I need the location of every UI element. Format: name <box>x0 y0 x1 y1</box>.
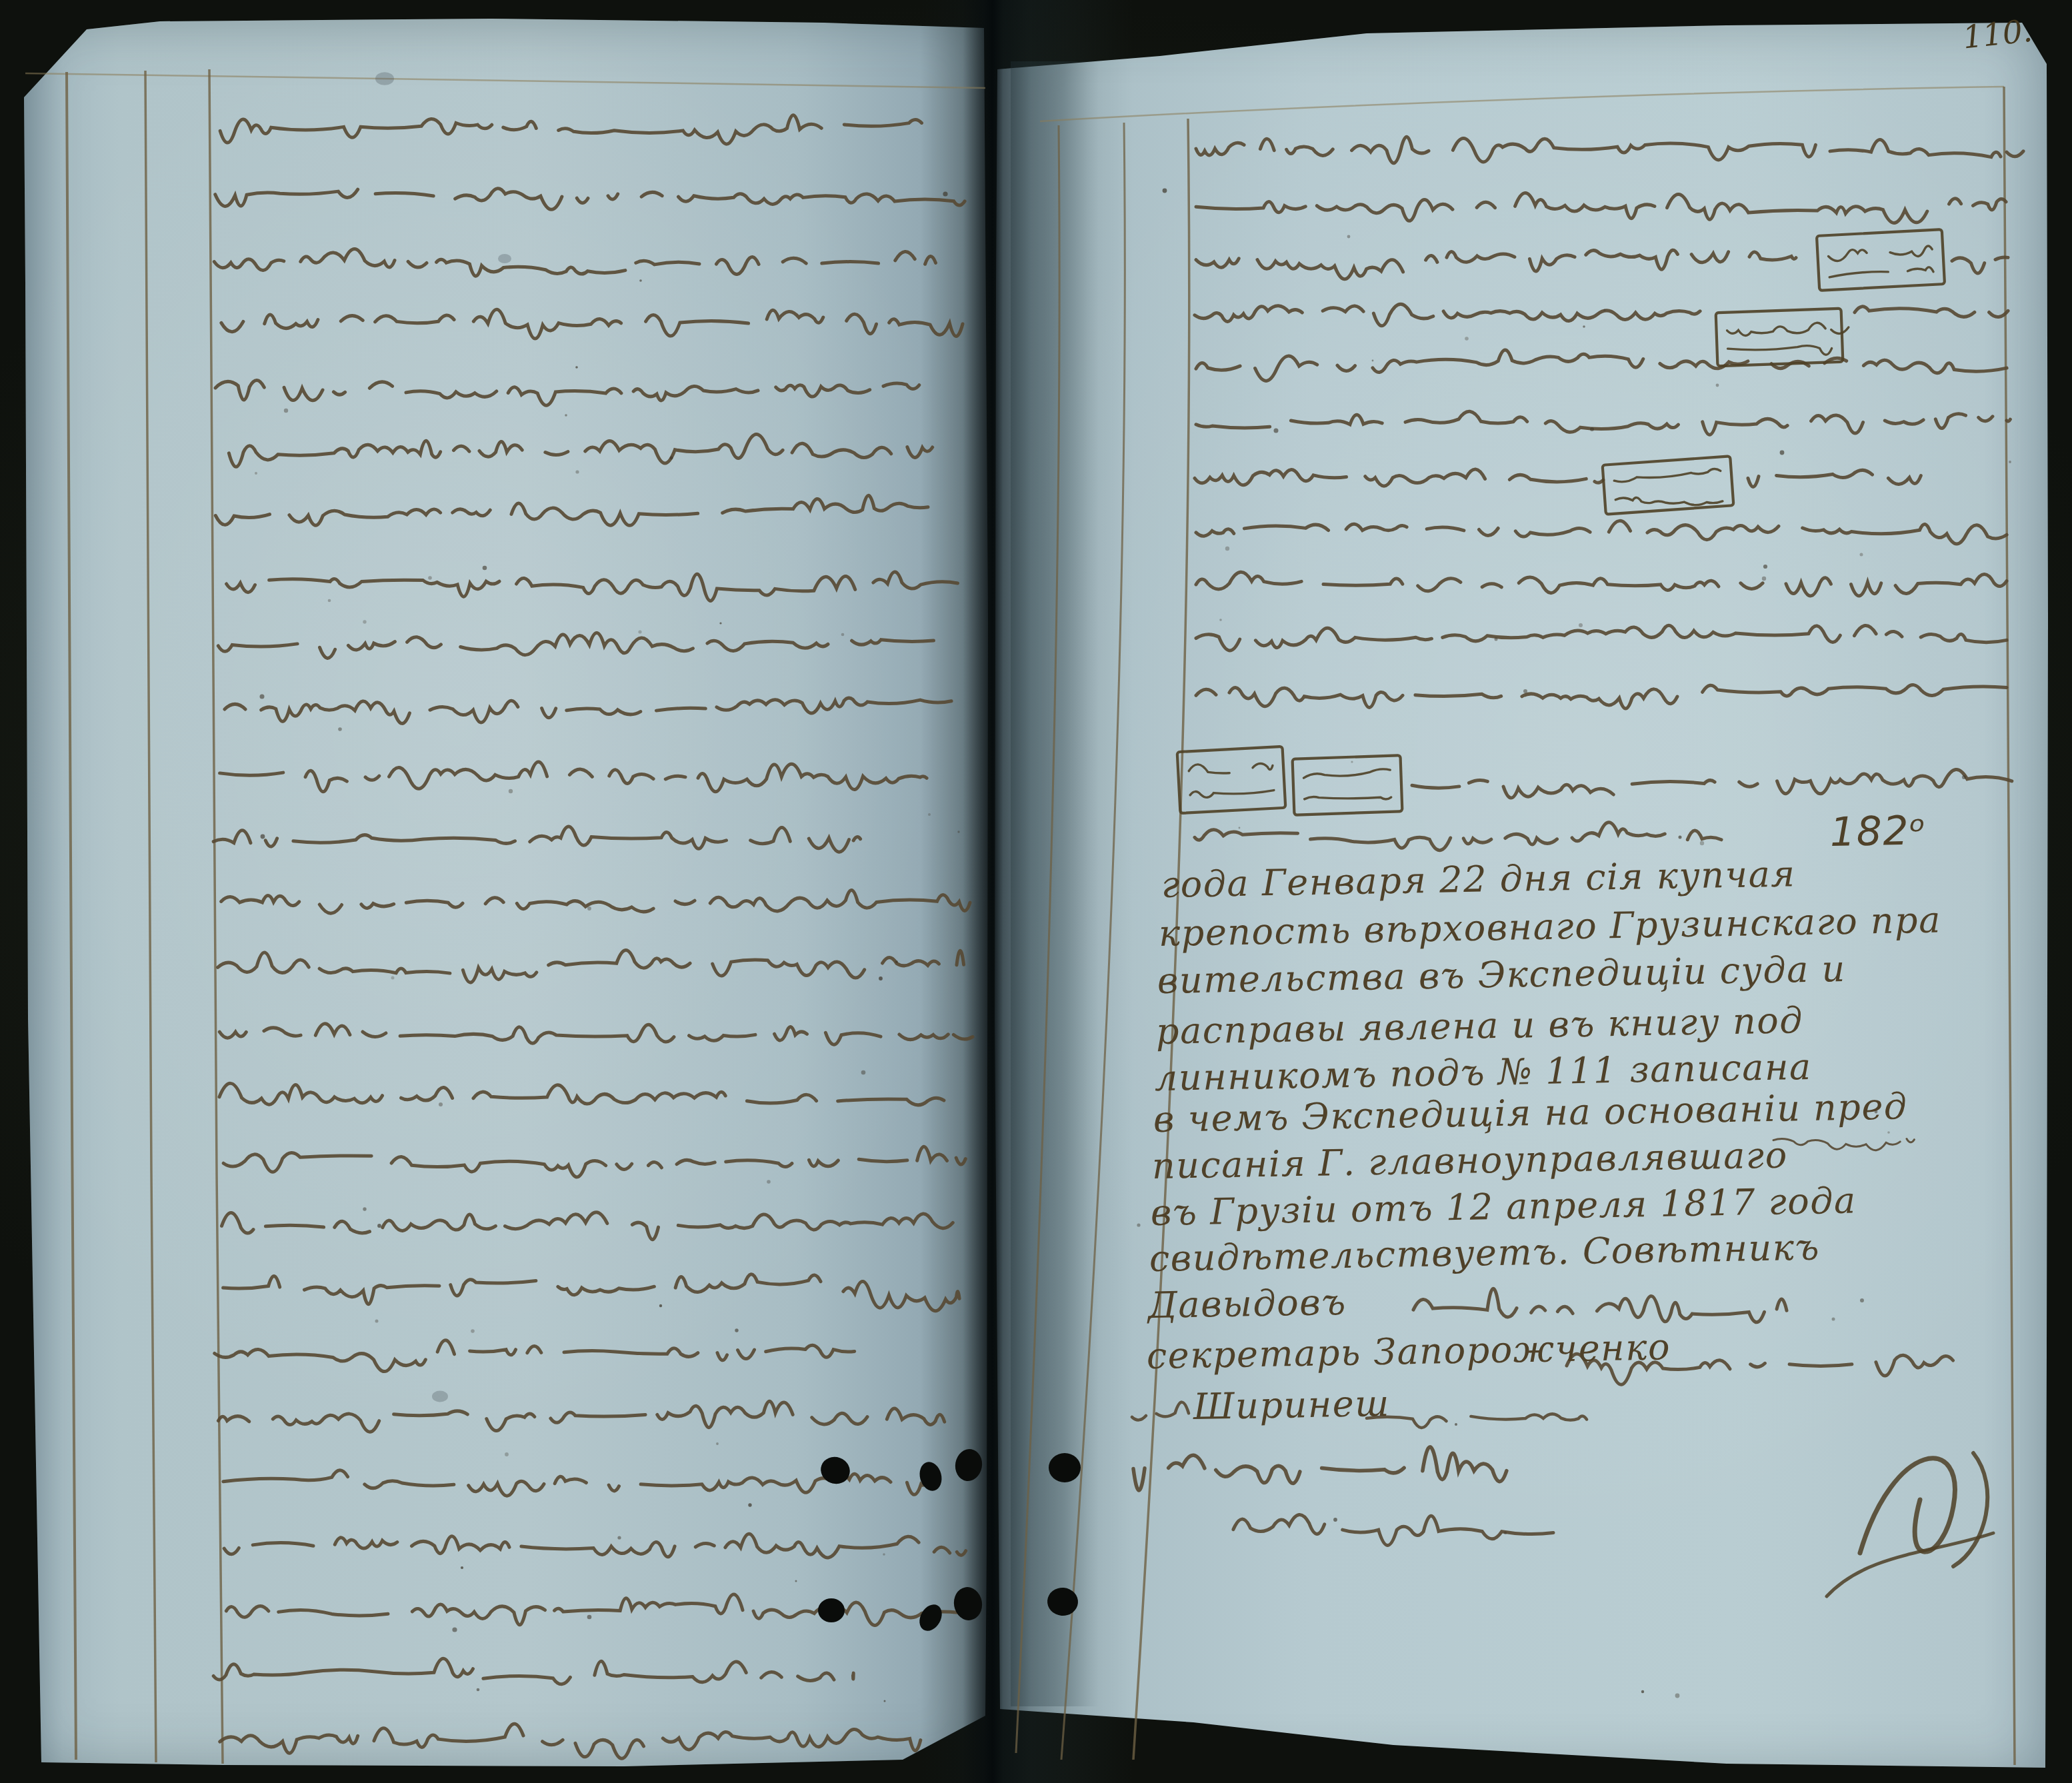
interlinear-insertion <box>1773 1139 1914 1150</box>
georgian-text-line <box>1196 350 2007 381</box>
seal-stamp <box>1293 755 1403 815</box>
georgian-text-line <box>215 381 919 406</box>
seal-stamp-text-line <box>1303 769 1390 778</box>
margin-rule <box>1016 125 1059 1753</box>
paper-stain <box>375 72 394 85</box>
seal-stamp-text-line <box>1728 345 1832 358</box>
georgian-text-line <box>221 890 970 913</box>
paper-speckle <box>879 976 883 980</box>
paper-speckle <box>338 727 342 731</box>
paper-speckle <box>328 599 331 603</box>
georgian-text-line <box>1196 625 2007 651</box>
paper-speckle <box>638 630 641 633</box>
georgian-text-line <box>1195 304 1700 326</box>
paper-speckle <box>670 457 673 460</box>
paper-speckle <box>841 633 845 637</box>
paper-speckle <box>1716 384 1719 387</box>
paper-speckle <box>505 1452 509 1456</box>
seal-stamp <box>1603 456 1734 514</box>
paper-speckle <box>617 1536 621 1539</box>
paper-speckle <box>587 906 591 910</box>
georgian-text-line <box>223 1146 965 1177</box>
paper-speckle <box>428 576 432 580</box>
georgian-text-line <box>219 1024 973 1044</box>
binding-hole <box>953 1447 985 1483</box>
seal-stamp <box>1177 747 1286 813</box>
paper-speckle <box>260 695 265 699</box>
georgian-text-line <box>220 115 921 144</box>
paper-speckle <box>1465 337 1469 341</box>
paper-speckle <box>884 1700 886 1702</box>
margin-rule <box>1061 123 1125 1760</box>
paper-speckle <box>719 622 721 624</box>
paper-speckle <box>1274 429 1279 433</box>
paper-speckle <box>1700 841 1704 845</box>
paper-speckle <box>1372 360 1374 362</box>
paper-speckle <box>1641 1690 1644 1693</box>
paper-speckle <box>255 472 257 475</box>
georgian-text-line <box>229 434 932 467</box>
paper-speckle <box>716 1442 719 1445</box>
seal-stamp-border <box>1603 456 1734 514</box>
paper-speckle <box>1504 1532 1507 1534</box>
paper-speckle <box>377 1224 381 1228</box>
paper-speckle <box>284 409 288 413</box>
paper-speckle <box>1832 1318 1835 1321</box>
paper-speckle <box>391 976 395 980</box>
georgian-text-line <box>1196 193 2006 223</box>
paper-stain <box>498 254 511 263</box>
binding-hole <box>951 1585 985 1623</box>
paper-speckle <box>895 960 898 963</box>
georgian-text-line <box>223 1274 960 1311</box>
signature-paraph <box>1860 1458 1955 1553</box>
paper-speckle <box>1583 325 1585 328</box>
paper-speckle <box>452 1627 457 1632</box>
georgian-text-line <box>225 698 951 723</box>
seal-stamp <box>1716 308 1850 366</box>
paper-speckle <box>1523 689 1527 693</box>
georgian-text-line <box>1748 470 1921 487</box>
binding-hole <box>1049 1453 1081 1482</box>
binding-hole <box>818 1598 845 1622</box>
paper-speckle <box>1590 427 1594 431</box>
paper-speckle <box>477 1688 480 1692</box>
paper-speckle <box>587 1615 592 1620</box>
paper-speckle <box>1333 1518 1337 1522</box>
margin-rule <box>67 72 76 1760</box>
georgian-signature <box>1133 1447 1507 1490</box>
signature-paraph <box>1953 1453 1987 1566</box>
paper-stain <box>432 1391 448 1402</box>
georgian-text-line <box>1196 685 2007 709</box>
signature-flourish <box>1132 1402 1189 1420</box>
paper-speckle <box>1351 761 1353 763</box>
seal-stamp-border <box>1177 747 1286 813</box>
georgian-text-line <box>218 1401 944 1432</box>
georgian-text-line <box>1195 823 1721 851</box>
paper-speckle <box>659 1304 662 1307</box>
seal-stamp-text-line <box>1614 469 1721 483</box>
paper-speckle <box>1603 309 1605 311</box>
paper-speckle <box>509 789 513 793</box>
georgian-text-line <box>218 633 933 658</box>
paper-speckle <box>1347 235 1351 239</box>
paper-speckle <box>1962 775 1966 779</box>
georgian-text-line <box>224 1534 966 1558</box>
seal-stamp <box>1817 229 1945 291</box>
russian-note-line: Давыдовъ <box>1147 1281 1347 1326</box>
folio-number: 110. <box>1961 13 2034 57</box>
georgian-text-line <box>222 1212 953 1240</box>
paper-speckle <box>363 620 366 623</box>
paper-speckle <box>1219 619 1222 621</box>
paper-speckle <box>735 1328 738 1332</box>
georgian-text-line <box>215 189 965 209</box>
georgian-text-line <box>223 1470 927 1496</box>
paper-speckle <box>943 191 947 196</box>
seal-stamp-text-line <box>1727 322 1849 338</box>
georgian-text-line <box>220 1724 921 1758</box>
paper-speckle <box>795 1580 797 1582</box>
georgian-text-line <box>227 572 958 601</box>
georgian-text-line <box>1196 137 2023 163</box>
paper-speckle <box>1225 547 1229 551</box>
seal-stamp-text-line <box>1828 245 1933 261</box>
georgian-text-line <box>1196 250 1796 279</box>
paper-speckle <box>1679 836 1682 839</box>
paper-speckle <box>767 1180 771 1184</box>
georgian-text-line <box>1412 769 2012 798</box>
paper-speckle <box>639 279 642 282</box>
margin-rule <box>145 71 156 1762</box>
paper-speckle <box>471 1329 475 1333</box>
paper-speckle <box>565 414 567 417</box>
georgian-text-line <box>219 1083 944 1105</box>
manuscript-scan: 110. 182ᵒгода Генваря 22 дня сія купчаяк… <box>0 0 2072 1783</box>
seal-stamp-border <box>1716 309 1843 367</box>
georgian-text-line <box>215 495 928 525</box>
paper-speckle <box>957 831 959 833</box>
paper-speckle <box>1887 1131 1890 1134</box>
georgian-text-line <box>1952 257 2008 273</box>
georgian-text-line <box>215 1340 855 1372</box>
georgian-text-line <box>226 1594 957 1625</box>
paper-speckle <box>575 470 579 473</box>
paper-speckle <box>261 835 265 839</box>
paper-speckle <box>483 566 487 571</box>
margin-rule <box>2004 87 2015 1765</box>
paper-speckle <box>1239 827 1241 829</box>
paper-speckle <box>575 366 578 369</box>
paper-speckle <box>928 813 931 816</box>
paper-speckle <box>1495 638 1498 641</box>
georgian-text-line <box>1196 521 2007 544</box>
signature-paraph <box>1827 1533 1993 1596</box>
signature-flourish <box>1413 1288 1787 1322</box>
georgian-text-line <box>213 1658 853 1684</box>
georgian-text-line <box>214 249 935 277</box>
binding-hole <box>817 1453 853 1488</box>
paper-speckle <box>461 1566 463 1569</box>
seal-stamp-text-line <box>1189 761 1273 775</box>
russian-note-line: 182ᵒ <box>1829 807 1927 856</box>
georgian-text-line <box>1195 469 1603 486</box>
georgian-text-line <box>1196 572 2007 596</box>
georgian-text-line <box>1855 307 2008 317</box>
paper-speckle <box>363 1207 366 1210</box>
paper-speckle <box>1137 1223 1140 1226</box>
paper-speckle <box>1675 1694 1680 1698</box>
paper-speckle <box>861 1070 866 1075</box>
georgian-text-line <box>218 950 964 982</box>
paper-speckle <box>439 1102 443 1106</box>
georgian-text-line <box>221 309 963 339</box>
seal-stamp-border <box>1293 755 1403 815</box>
paper-speckle <box>1860 553 1863 557</box>
signature-flourish <box>1367 1414 1587 1428</box>
paper-speckle <box>375 1320 379 1323</box>
paper-speckle <box>1579 623 1583 627</box>
seal-stamp-text-line <box>1190 787 1274 798</box>
paper-speckle <box>1762 577 1766 581</box>
margin-rule <box>25 73 985 88</box>
paper-speckle <box>748 1503 751 1506</box>
paper-speckle <box>2009 461 2011 463</box>
georgian-text-line <box>1196 411 2010 435</box>
seal-stamp-text-line <box>1305 794 1391 802</box>
paper-speckle <box>1163 189 1167 193</box>
seal-stamp-text-line <box>1829 267 1933 277</box>
paper-speckle <box>1860 1298 1864 1302</box>
paper-speckle <box>1455 1423 1457 1426</box>
georgian-signature <box>1233 1514 1553 1545</box>
georgian-text-line <box>220 762 927 792</box>
margin-rule <box>1040 87 2004 121</box>
paper-speckle <box>883 1553 885 1556</box>
paper-speckle <box>1780 451 1785 455</box>
binding-hole <box>915 1600 947 1634</box>
russian-note-line: Ширинеш <box>1193 1382 1390 1428</box>
paper-speckle <box>1763 565 1767 569</box>
georgian-text-line <box>213 827 860 852</box>
